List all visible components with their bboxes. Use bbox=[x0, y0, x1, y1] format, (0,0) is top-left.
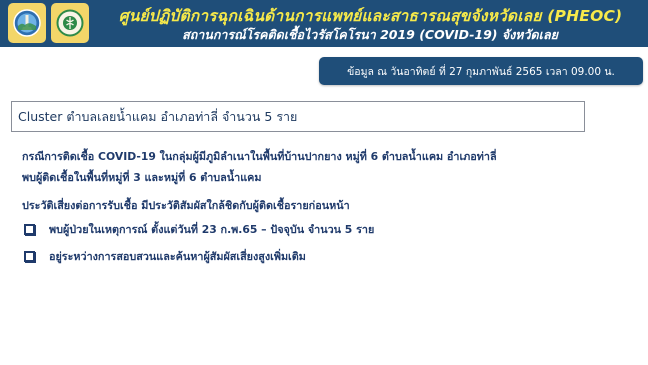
bullet-item-cases-found: พบผู้ป่วยในเหตุการณ์ ตั้งแต่วันที่ 23 ก.… bbox=[24, 221, 374, 238]
header-band: ศูนย์ปฏิบัติการฉุกเฉินด้านการแพทย์และสาธ… bbox=[0, 0, 648, 47]
provincial-seal-icon bbox=[8, 3, 46, 43]
cluster-title: Cluster ตำบลเลยน้ำแคม อำเภอท่าลี่ จำนวน … bbox=[18, 107, 297, 127]
bullet-item-investigation: อยู่ระหว่างการสอบสวนและค้นหาผู้สัมผัสเสี… bbox=[24, 248, 306, 265]
square-bullet-icon bbox=[24, 251, 35, 262]
data-as-of-banner: ข้อมูล ณ วันอาทิตย์ ที่ 27 กุมภาพันธ์ 25… bbox=[319, 57, 643, 85]
affected-area-description: พบผู้ติดเชื้อในพื้นที่หมู่ที่ 3 และหมู่ท… bbox=[22, 169, 262, 186]
slide: ศูนย์ปฏิบัติการฉุกเฉินด้านการแพทย์และสาธ… bbox=[0, 0, 648, 365]
exposure-risk-history: ประวัติเสี่ยงต่อการรับเชื้อ มีประวัติสัม… bbox=[22, 197, 350, 214]
square-bullet-icon bbox=[24, 224, 35, 235]
bullet-text: พบผู้ป่วยในเหตุการณ์ ตั้งแต่วันที่ 23 ก.… bbox=[49, 221, 374, 238]
page-subtitle: สถานการณ์โรคติดเชื้อไวรัสโคโรนา 2019 (CO… bbox=[130, 25, 610, 45]
bullet-text: อยู่ระหว่างการสอบสวนและค้นหาผู้สัมผัสเสี… bbox=[49, 248, 306, 265]
ministry-of-public-health-icon bbox=[51, 3, 89, 43]
infection-case-description: กรณีการติดเชื้อ COVID-19 ในกลุ่มผู้มีภูม… bbox=[22, 148, 497, 165]
cluster-title-box: Cluster ตำบลเลยน้ำแคม อำเภอท่าลี่ จำนวน … bbox=[11, 101, 585, 132]
